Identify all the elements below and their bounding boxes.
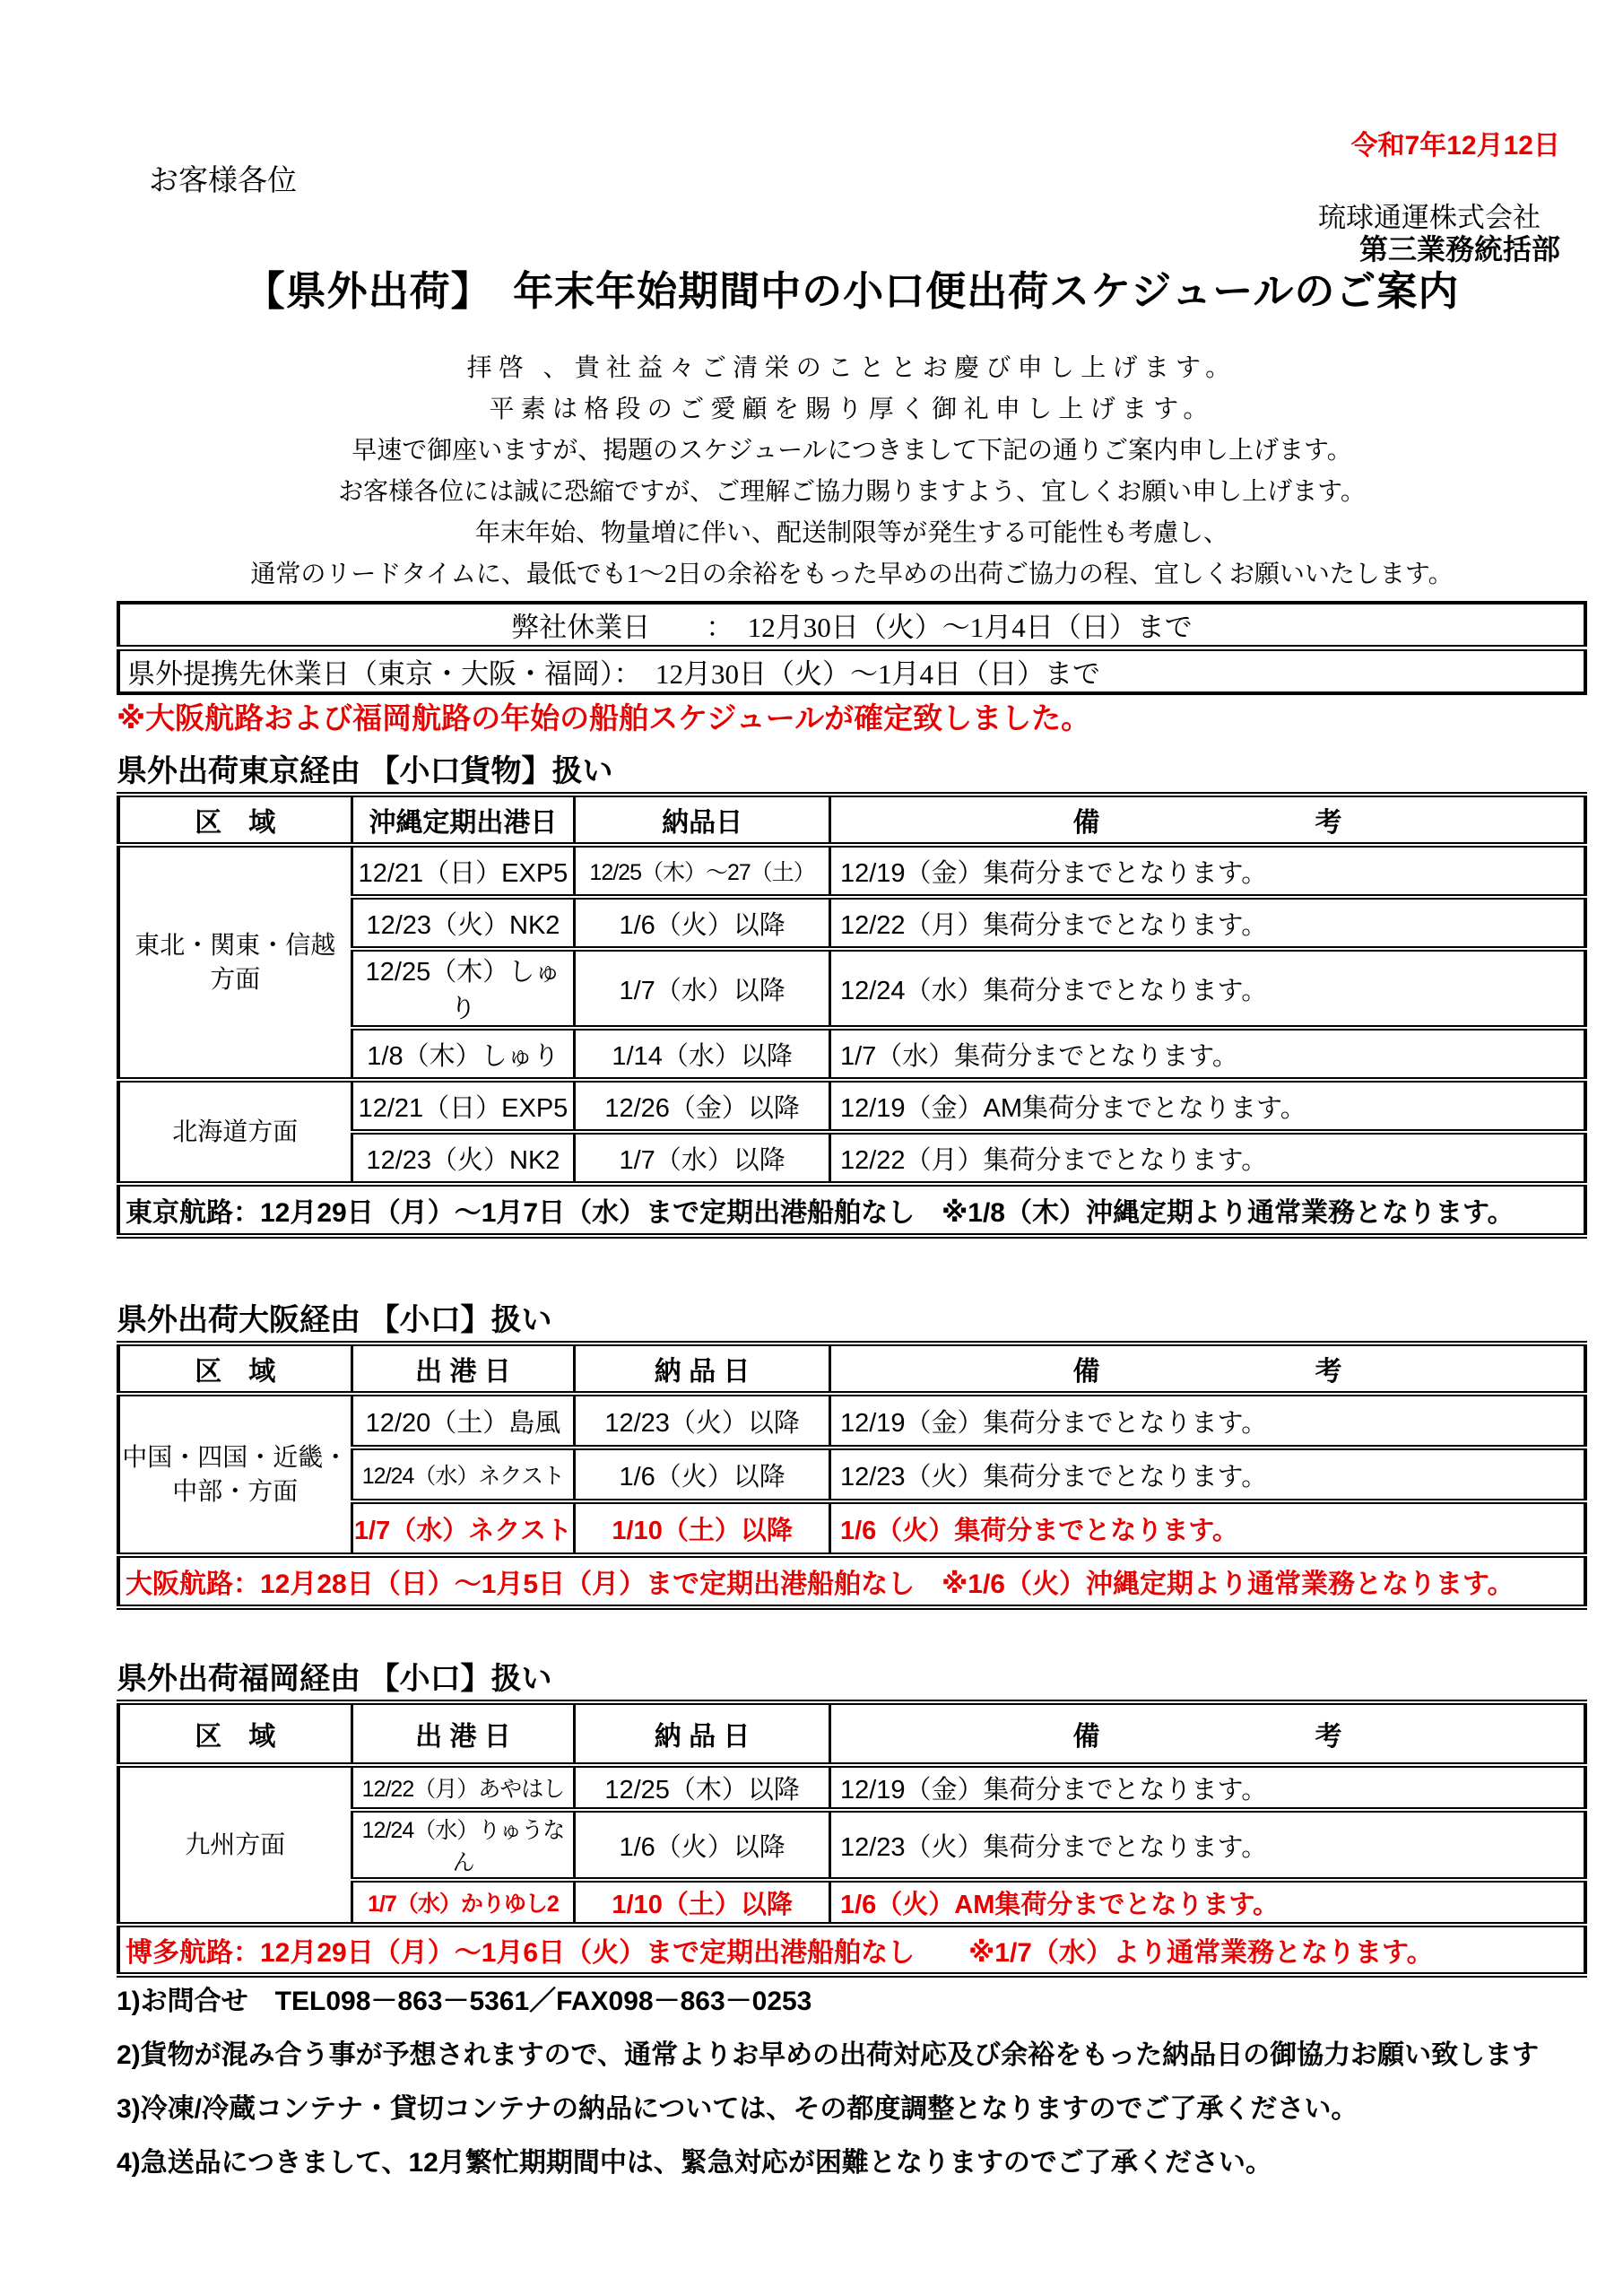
greeting-line-2: 平素は格段のご愛顧を賜り厚く御礼申し上げます。 [117,389,1587,430]
note-container: 3)冷凍/冷蔵コンテナ・貸切コンテナの納品については、その都度調整となりますので… [117,2096,1587,2123]
document-title: 【県外出荷】 年末年始期間中の小口便出荷スケジュールのご案内 [117,271,1587,311]
remarks-cell: 12/24（水）集荷分までとなります。 [829,949,1585,1028]
departure-cell: 12/22（月）あやはし [352,1765,575,1810]
remarks-cell: 1/7（水）集荷分までとなります。 [829,1028,1585,1080]
holiday-table: 弊社休業日 ： 12月30日（火）～1月4日（日）まで 県外提携先休業日（東京・… [117,601,1587,695]
note-express: 4)急送品につきまして、12月繁忙期期間中は、緊急対応が困難となりますのでご了承… [117,2150,1587,2177]
remarks-cell: 1/6（火）AM集荷分までとなります。 [829,1880,1585,1925]
table-row: 県外提携先休業日（東京・大阪・福岡）： 12月30日（火）～1月4日（日）まで [118,648,1585,694]
tokyo-schedule-table: 区 域 沖縄定期出港日 納品日 備 考 東北・関東・信越 方面 12/21（日）… [117,792,1587,1239]
schedule-confirmed-notice: ※大阪航路および福岡航路の年始の船舶スケジュールが確定致しました。 [117,700,1587,736]
delivery-cell: 1/6（火）以降 [575,1810,830,1880]
departure-cell: 12/23（火）NK2 [352,897,575,949]
greeting-line-4: お客様各位には誠に恐縮ですが、ご理解ご協力賜りますよう、宜しくお願い申し上げます… [117,472,1587,513]
greeting-line-3: 早速で御座いますが、掲題のスケジュールにつきまして下記の通りご案内申し上げます。 [117,430,1587,472]
remarks-cell: 12/23（火）集荷分までとなります。 [829,1448,1585,1501]
col-header-remarks: 備 考 [829,1344,1585,1394]
note-congestion: 2)貨物が混み合う事が予想されますので、通常よりお早めの出荷対応及び余裕をもった… [117,2042,1587,2069]
table-row: 中国・四国・近畿・ 中部・方面 12/20（土）島風 12/23（火）以降 12… [118,1394,1585,1448]
departure-cell: 1/7（水）かりゆし2 [352,1880,575,1925]
delivery-cell: 1/14（水）以降 [575,1028,830,1080]
table-header-row: 区 域 出 港 日 納 品 日 備 考 [118,1344,1585,1394]
area-line: 中部・方面 [172,1477,298,1505]
col-header-area: 区 域 [118,1344,352,1394]
area-cell: 東北・関東・信越 方面 [118,845,352,1080]
greeting-line-6: 通常のリードタイムに、最低でも1～2日の余裕をもった早めの出荷ご協力の程、宜しく… [117,554,1587,596]
greeting-line-5: 年末年始、物量増に伴い、配送制限等が発生する可能性も考慮し、 [117,513,1587,554]
col-header-area: 区 域 [118,1702,352,1765]
route-note: 博多航路：12月29日（月）～1月6日（火）まで定期出港船舶なし ※1/7（水）… [118,1925,1585,1975]
table-footer-row: 博多航路：12月29日（月）～1月6日（火）まで定期出港船舶なし ※1/7（水）… [118,1925,1585,1975]
delivery-cell: 1/6（火）以降 [575,1448,830,1501]
delivery-cell: 12/23（火）以降 [575,1394,830,1448]
delivery-cell: 12/25（木）～27（土） [575,845,830,897]
partner-holiday-cell: 県外提携先休業日（東京・大阪・福岡）： 12月30日（火）～1月4日（日）まで [118,648,1585,694]
col-header-delivery: 納品日 [575,795,830,845]
delivery-cell: 12/25（木）以降 [575,1765,830,1810]
col-header-delivery: 納 品 日 [575,1702,830,1765]
delivery-cell: 1/10（土）以降 [575,1880,830,1925]
departure-cell: 1/8（木）しゅり [352,1028,575,1080]
note-contact: 1)お問合せ TEL098－863－5361／FAX098－863－0253 [117,1988,1587,2015]
company-name: 琉球通運株式会社 [117,204,1587,231]
table-row: 弊社休業日 ： 12月30日（火）～1月4日（日）まで [118,603,1585,648]
remarks-cell: 12/22（月）集荷分までとなります。 [829,897,1585,949]
document-date: 令和7年12月12日 [117,133,1587,160]
department-name: 第三業務統括部 [117,235,1587,264]
route-note: 東京航路：12月29日（月）～1月7日（水）まで定期出港船舶なし ※1/8（木）… [118,1184,1585,1236]
col-header-delivery: 納 品 日 [575,1344,830,1394]
remarks-cell: 12/19（金）AM集荷分までとなります。 [829,1080,1585,1132]
col-header-remarks: 備 考 [829,1702,1585,1765]
departure-cell: 12/24（水）ネクスト [352,1448,575,1501]
addressee: お客様各位 [117,167,1587,196]
departure-cell: 12/25（木）しゅり [352,949,575,1028]
departure-cell: 1/7（水）ネクスト [352,1501,575,1555]
table-footer-row: 東京航路：12月29日（月）～1月7日（水）まで定期出港船舶なし ※1/8（木）… [118,1184,1585,1236]
delivery-cell: 1/6（火）以降 [575,897,830,949]
table-footer-row: 大阪航路：12月28日（日）～1月5日（月）まで定期出港船舶なし ※1/6（火）… [118,1555,1585,1607]
col-header-departure: 出 港 日 [352,1702,575,1765]
area-cell: 九州方面 [118,1765,352,1925]
fukuoka-section-heading: 県外出荷福岡経由 【小口】扱い [117,1664,1587,1694]
area-line: 中国・四国・近畿・ [122,1443,348,1471]
departure-cell: 12/23（火）NK2 [352,1132,575,1184]
area-line: 東北・関東・信越 [135,931,335,959]
table-row: 九州方面 12/22（月）あやはし 12/25（木）以降 12/19（金）集荷分… [118,1765,1585,1810]
col-header-departure: 出 港 日 [352,1344,575,1394]
remarks-cell: 12/23（火）集荷分までとなります。 [829,1810,1585,1880]
col-header-departure: 沖縄定期出港日 [352,795,575,845]
tokyo-section-heading: 県外出荷東京経由 【小口貨物】扱い [117,756,1587,787]
departure-cell: 12/21（日）EXP5 [352,845,575,897]
greeting-block: 拝啓 、貴社益々ご清栄のこととお慶び申し上げます。 平素は格段のご愛顧を賜り厚く… [117,348,1587,596]
delivery-cell: 12/26（金）以降 [575,1080,830,1132]
osaka-section-heading: 県外出荷大阪経由 【小口】扱い [117,1305,1587,1335]
departure-cell: 12/21（日）EXP5 [352,1080,575,1132]
table-header-row: 区 域 沖縄定期出港日 納品日 備 考 [118,795,1585,845]
remarks-cell: 12/19（金）集荷分までとなります。 [829,845,1585,897]
delivery-cell: 1/7（水）以降 [575,1132,830,1184]
departure-cell: 12/24（水）りゅうなん [352,1810,575,1880]
area-cell: 中国・四国・近畿・ 中部・方面 [118,1394,352,1555]
col-header-area: 区 域 [118,795,352,845]
col-header-remarks: 備 考 [829,795,1585,845]
footer-notes: 1)お問合せ TEL098－863－5361／FAX098－863－0253 2… [117,1988,1587,2177]
greeting-line-1: 拝啓 、貴社益々ご清栄のこととお慶び申し上げます。 [117,348,1587,389]
table-row: 東北・関東・信越 方面 12/21（日）EXP5 12/25（木）～27（土） … [118,845,1585,897]
table-row: 北海道方面 12/21（日）EXP5 12/26（金）以降 12/19（金）AM… [118,1080,1585,1132]
delivery-cell: 1/7（水）以降 [575,949,830,1028]
table-header-row: 区 域 出 港 日 納 品 日 備 考 [118,1702,1585,1765]
remarks-cell: 12/22（月）集荷分までとなります。 [829,1132,1585,1184]
document-page: 令和7年12月12日 お客様各位 琉球通運株式会社 第三業務統括部 【県外出荷】… [0,0,1623,2296]
remarks-cell: 12/19（金）集荷分までとなります。 [829,1394,1585,1448]
route-note: 大阪航路：12月28日（日）～1月5日（月）まで定期出港船舶なし ※1/6（火）… [118,1555,1585,1607]
company-holiday-cell: 弊社休業日 ： 12月30日（火）～1月4日（日）まで [118,603,1585,648]
remarks-cell: 12/19（金）集荷分までとなります。 [829,1765,1585,1810]
departure-cell: 12/20（土）島風 [352,1394,575,1448]
osaka-schedule-table: 区 域 出 港 日 納 品 日 備 考 中国・四国・近畿・ 中部・方面 12/2… [117,1341,1587,1610]
area-cell: 北海道方面 [118,1080,352,1184]
area-line: 方面 [210,965,260,993]
delivery-cell: 1/10（土）以降 [575,1501,830,1555]
fukuoka-schedule-table: 区 域 出 港 日 納 品 日 備 考 九州方面 12/22（月）あやはし 12… [117,1700,1587,1978]
remarks-cell: 1/6（火）集荷分までとなります。 [829,1501,1585,1555]
